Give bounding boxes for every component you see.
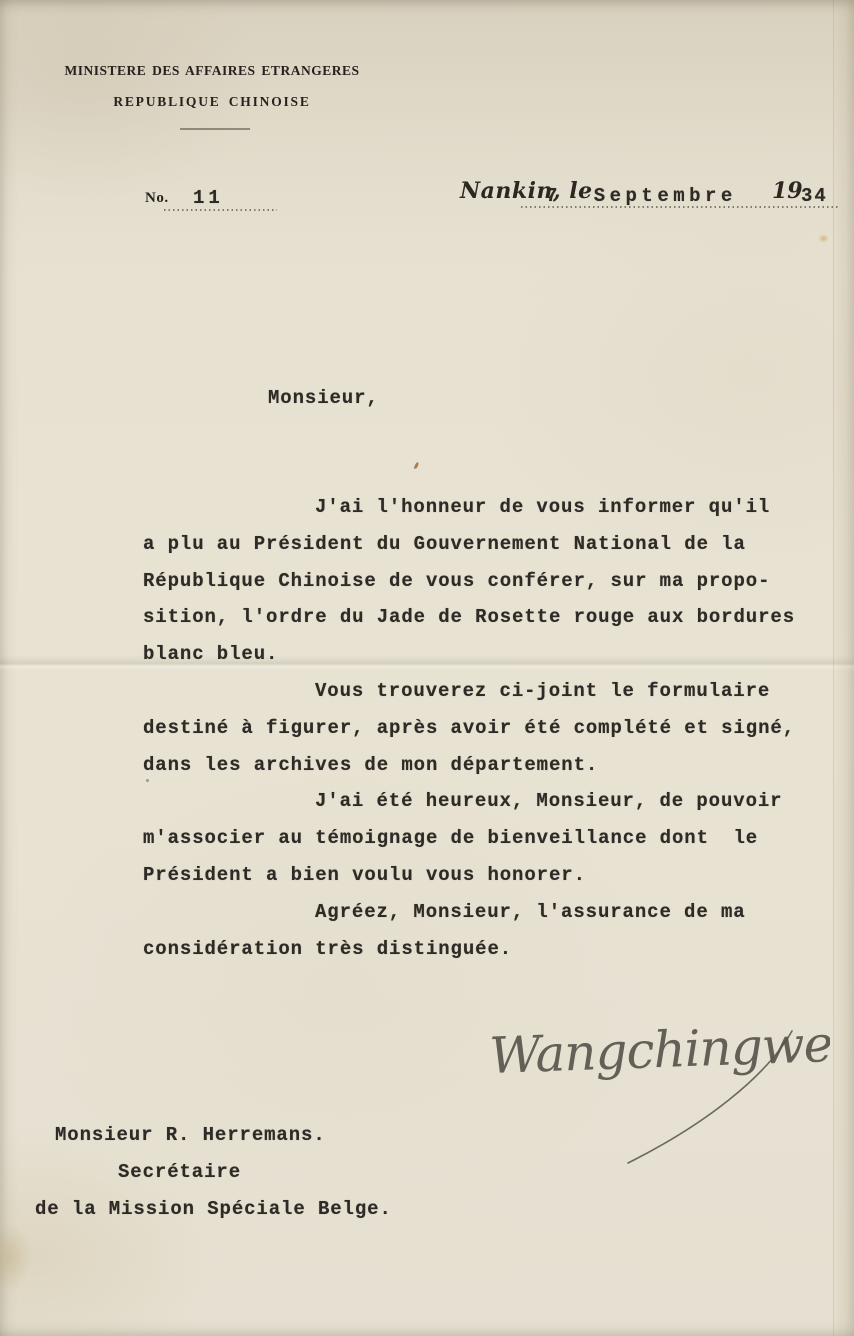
reference-dotted-line [164, 209, 277, 211]
body-line: a plu au Président du Gouvernement Natio… [143, 526, 823, 563]
signature-svg: Wangchingwei [440, 985, 830, 1190]
paper-speck-yellow [818, 234, 829, 243]
body-line: Président a bien voulu vous honorer. [143, 857, 823, 894]
reference-number-label: No. [145, 191, 169, 206]
signature: Wangchingwei [440, 985, 830, 1190]
paper-speck-orange [414, 462, 420, 470]
letterhead: MINISTERE DES AFFAIRES ETRANGERES REPUBL… [52, 64, 372, 108]
recipient-name: Monsieur R. Herremans. [55, 1126, 326, 1145]
right-scan-edge-band [834, 0, 854, 1336]
letterhead-divider [180, 128, 250, 130]
body-line: sition, l'ordre du Jade de Rosette rouge… [143, 599, 823, 636]
republic-name: REPUBLIQUE CHINOISE [52, 95, 372, 109]
dateline-year-printed: 19 [772, 180, 803, 202]
letter-page: MINISTERE DES AFFAIRES ETRANGERES REPUBL… [0, 0, 854, 1336]
corner-stain [0, 1222, 32, 1292]
salutation: Monsieur, [268, 389, 379, 408]
recipient-title: Secrétaire [118, 1163, 241, 1182]
body-line: République Chinoise de vous conférer, su… [143, 563, 823, 600]
body-line: m'associer au témoignage de bienveillanc… [143, 820, 823, 857]
body-line: Agréez, Monsieur, l'assurance de ma [143, 894, 823, 931]
body-line: J'ai été heureux, Monsieur, de pouvoir [143, 783, 823, 820]
body-line: dans les archives de mon département. [143, 747, 823, 784]
dateline-year-typed: 34 [801, 187, 828, 206]
dateline-day-month-typed: 7 Septembre [546, 187, 737, 206]
letter-body: J'ai l'honneur de vous informer qu'ila p… [143, 489, 823, 967]
ministry-name: MINISTERE DES AFFAIRES ETRANGERES [52, 64, 372, 78]
body-line: J'ai l'honneur de vous informer qu'il [143, 489, 823, 526]
recipient-organization: de la Mission Spéciale Belge. [35, 1200, 392, 1219]
body-line: destiné à figurer, après avoir été compl… [143, 710, 823, 747]
body-line: blanc bleu. [143, 636, 823, 673]
body-line: considération très distinguée. [143, 931, 823, 968]
right-edge-crease-line [833, 0, 834, 1336]
body-line: Vous trouverez ci-joint le formulaire [143, 673, 823, 710]
reference-number-value: 11 [193, 189, 224, 208]
